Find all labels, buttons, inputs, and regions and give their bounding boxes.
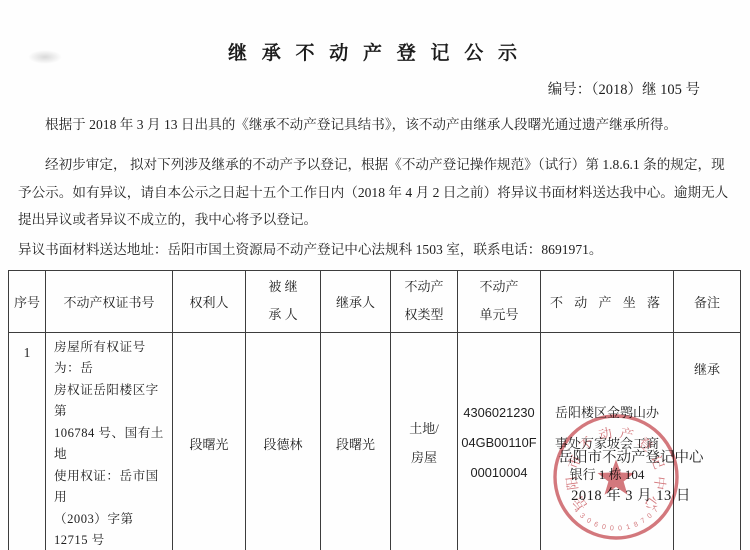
col-cert-no: 不动产权证书号 [46,270,173,332]
doc-number: 编号：（2018）继 105 号 [0,78,750,99]
col-remark: 备注 [674,270,741,332]
cell-unit-no: 4306021230 04GB00110F 00010004 [458,332,541,550]
scan-artifact [28,50,62,64]
col-holder: 权利人 [173,270,246,332]
cell-decedent: 段德林 [246,332,321,550]
signature-org: 岳阳市不动产登记中心 [545,446,717,467]
table-header-row: 序号 不动产权证书号 权利人 被 继 承 人 继承人 不动产 权类型 不动产 单… [9,270,741,332]
signature-date: 2018 年 3 月 13 日 [545,484,717,505]
cell-remark: 继承 [674,332,741,550]
cell-heir: 段曙光 [321,332,391,550]
table-row: 1 房屋所有权证号为：岳 房权证岳阳楼区字第 106784 号、国有土地 使用权… [9,332,741,550]
notice-document: 继 承 不 动 产 登 记 公 示 编号：（2018）继 105 号 根据于 2… [0,0,750,550]
col-decedent: 被 继 承 人 [246,270,321,332]
cell-holder: 段曙光 [173,332,246,550]
col-type: 不动产 权类型 [391,270,458,332]
paragraph-review: 经初步审定， 拟对下列涉及继承的不动产予以登记，根据《不动产登记操作规范》（试行… [18,151,738,234]
paragraph-basis: 根据于 2018 年 3 月 13 日出具的《继承不动产登记具结书》，该不动产由… [18,112,738,138]
page-title: 继 承 不 动 产 登 记 公 示 [0,38,750,65]
col-unit-no: 不动产 单元号 [458,270,541,332]
signature-block: 岳阳市不动产登记中心 2018 年 3 月 13 日 [545,446,717,505]
col-heir: 继承人 [321,270,391,332]
cell-cert-no: 房屋所有权证号为：岳 房权证岳阳楼区字第 106784 号、国有土地 使用权证：… [46,332,173,550]
cell-location: 岳阳楼区金鹗山办 事处万家坡会工商 银行 1 栋 104 [541,332,674,550]
registration-table: 序号 不动产权证书号 权利人 被 继 承 人 继承人 不动产 权类型 不动产 单… [8,270,741,550]
col-location: 不 动 产 坐 落 [541,270,674,332]
cell-type: 土地/ 房屋 [391,332,458,550]
cell-seq: 1 [9,332,46,550]
col-seq: 序号 [9,270,46,332]
paragraph-contact: 异议书面材料送达地址：岳阳市国土资源局不动产登记中心法规科 1503 室，联系电… [18,239,738,261]
